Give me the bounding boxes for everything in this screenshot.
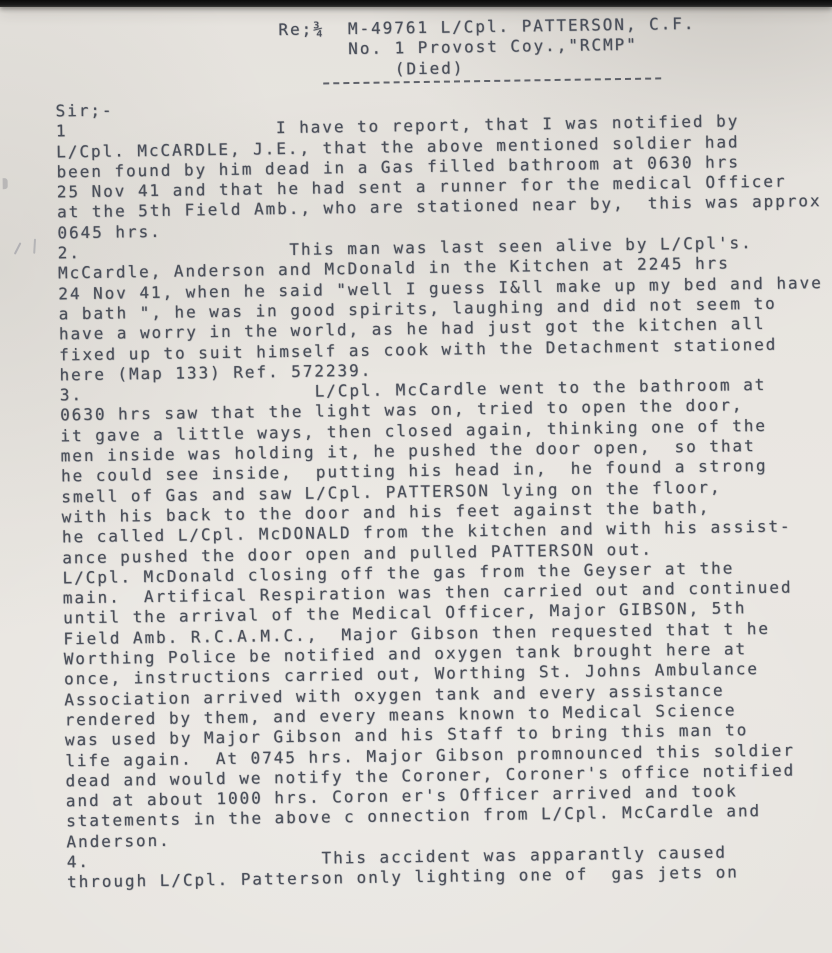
report-paragraph-1: 1 I have to report, that I was notified … [56, 110, 832, 243]
edge-speck [3, 178, 8, 189]
pencil-mark [14, 242, 22, 254]
report-body: Sir;- 1 I have to report, that I was not… [55, 90, 832, 893]
died-underline-rule [323, 58, 661, 84]
report-paragraph-3: 3. L/Cpl. McCardle went to the bathroom … [60, 374, 832, 852]
document-sheet: Re;¾ M-49761 L/Cpl. PATTERSON, C.F. No. … [0, 0, 832, 953]
scanned-document-page: Re;¾ M-49761 L/Cpl. PATTERSON, C.F. No. … [0, 0, 832, 953]
report-paragraph-2: 2. This man was last seen alive by L/Cpl… [58, 232, 832, 386]
pencil-mark [33, 239, 36, 254]
